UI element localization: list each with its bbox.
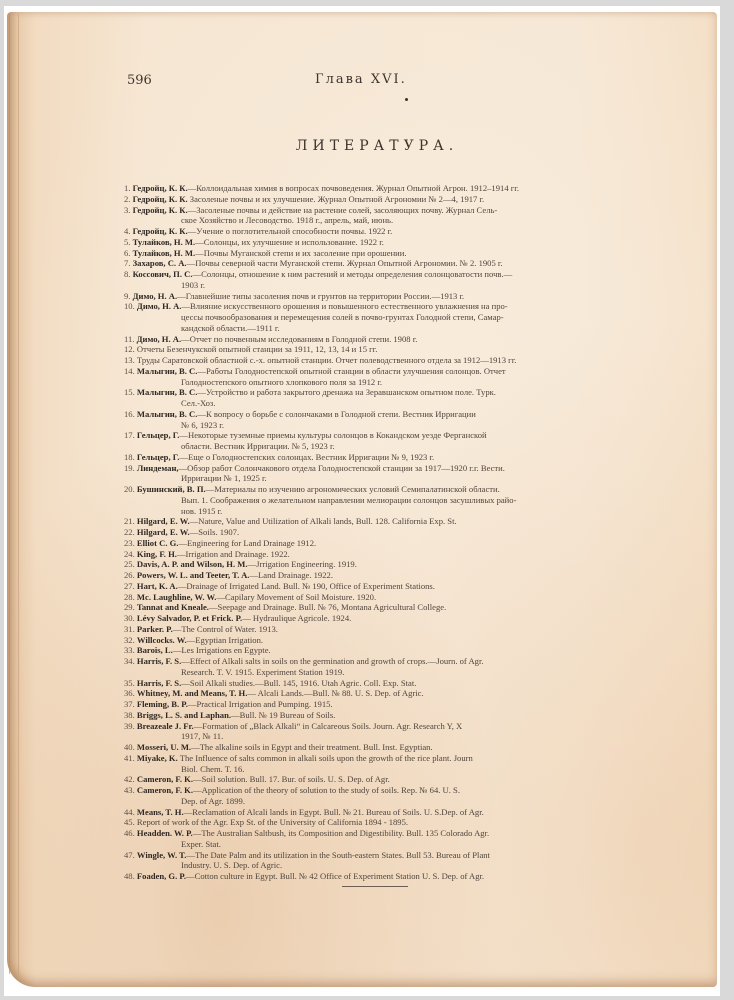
reference-text: — Hydraulique Agricole. 1924. [242,613,351,623]
reference-author: Means, T. H. [137,807,184,817]
reference-number: 33. [124,645,135,655]
reference-number: 18. [124,452,135,462]
reference-number: 48. [124,871,135,881]
reference-item: 47. Wingle, W. T.—The Date Palm and its … [124,850,644,872]
reference-number: 25. [124,559,135,569]
reference-item: 40. Mosseri, U. M.—The alkaline soils in… [124,742,644,753]
reference-author: Захаров, С. А. [133,258,187,268]
reference-number: 11. [124,334,134,344]
reference-list: 1. Гедройц, К. К.—Коллоидальная химия в … [124,183,644,882]
reference-text: —The Control of Water. 1913. [173,624,278,634]
reference-item: 8. Коссович, П. С.—Солонцы, отношение к … [124,269,644,291]
reference-text: —Application of the theory of solution t… [193,785,460,795]
reference-author: Harris, F. S. [137,678,181,688]
reference-text: —Engineering for Land Drainage 1912. [178,538,316,548]
reference-text: —Работы Голодностепской опытной станции … [197,366,505,376]
reference-author: Гедройц, К. К. [133,226,188,236]
reference-author: Гедройц, К. К. [133,205,188,215]
reference-author: Wingle, W. T. [137,850,186,860]
reference-item: 18. Гельцер, Г.—Еще о Голодностепских со… [124,452,644,463]
reference-continuation: ское Хозяйство и Лесоводство. 1918 г., а… [124,215,644,226]
reference-text: —Устройство и работа закрытого дренажа н… [197,387,496,397]
reference-author: Davis, A. P. and Wilson, H. M. [137,559,248,569]
reference-number: 41. [124,753,135,763]
reference-number: 47. [124,850,135,860]
reference-item: 28. Mc. Laughline, W. W.—Capilary Moveme… [124,592,644,603]
reference-text: —Land Drainage. 1922. [249,570,333,580]
reference-item: 10. Димо, Н. А.—Влияние искусственного о… [124,301,644,333]
reference-text: —Главнейшие типы засоления почв и грунто… [177,291,464,301]
reference-author: Гельцер, Г. [137,452,179,462]
reference-author: Малыгин, В. С. [137,366,198,376]
reference-number: 36. [124,688,135,698]
reference-number: 8. [124,269,130,279]
reference-number: 12. [124,344,135,354]
reference-text: —Jrrigation Engineering. 1919. [248,559,357,569]
reference-number: 7. [124,258,130,268]
reference-item: 3. Гедройц, К. К.—Засоленые почвы и дейс… [124,205,644,227]
reference-text: — Alcali Lands.—Bull. № 88. U. S. Dep. o… [247,688,423,698]
reference-text: —Seepage and Drainage. Bull. № 76, Monta… [209,602,446,612]
reference-number: 31. [124,624,135,634]
reference-number: 14. [124,366,135,376]
reference-continuation: № 6, 1923 г. [124,420,644,431]
reference-item: 20. Бушинский, В. П.—Материалы по изучен… [124,484,644,516]
reference-number: 43. [124,785,135,795]
reference-text: Отчеты Безенчукской опытной станции за 1… [137,344,377,354]
reference-number: 4. [124,226,130,236]
reference-text: —Capilary Movement of Soil Moisture. 192… [216,592,376,602]
reference-author: Barois, L. [137,645,173,655]
reference-item: 39. Breazeale J. Fr.—Formation of „Black… [124,721,644,743]
reference-item: 21. Hilgard, E. W.—Nature, Value and Uti… [124,516,644,527]
reference-item: 26. Powers, W. L. and Teeter, T. A.—Land… [124,570,644,581]
reference-author: Гедройц, К. К. [133,183,188,193]
reference-text: Засоленые почвы и их улучшение. Журнал О… [188,194,485,204]
reference-item: 43. Cameron, F. K.—Application of the th… [124,785,644,807]
ink-speck [405,98,408,101]
reference-item: 38. Briggs, L. S. and Laphan.—Bull. № 19… [124,710,644,721]
reference-item: 32. Willcocks. W.—Egyptian Irrigation. [124,635,644,646]
reference-continuation: 1917, № 11. [124,731,644,742]
reference-author: Коссович, П. С. [133,269,193,279]
reference-author: King, F. H. [137,549,177,559]
reference-author: Димо, Н. А. [137,334,182,344]
reference-text: —Влияние искусственного орошения и повыш… [181,301,507,311]
reference-continuation: 1903 г. [124,280,644,291]
reference-text: —The Date Palm and its utilization in th… [186,850,490,860]
reference-text: —Les Irrigations en Egypte. [173,645,271,655]
page-number: 596 [127,73,152,88]
reference-author: Hart, K. A. [137,581,178,591]
section-title: ЛИТЕРАТУРА. [0,138,734,154]
reference-item: 11. Димо, Н. А.—Отчет по почвенным иссле… [124,334,644,345]
reference-item: 6. Тулайков, Н. М.—Почвы Муганской степи… [124,248,644,259]
reference-item: 41. Miyake, K. The Influence of salts co… [124,753,644,775]
reference-item: 22. Hilgard, E. W.—Soils. 1907. [124,527,644,538]
reference-author: Tannat and Kneale. [137,602,209,612]
reference-continuation: области. Вестник Ирригации. № 5, 1923 г. [124,441,644,452]
reference-continuation: Вып. 1. Соображения о желательном направ… [124,495,644,517]
reference-item: 46. Headden. W. P.—The Australian Saltbu… [124,828,644,850]
reference-text: —Soil Alkali studies.—Bull. 145, 1916. U… [181,678,416,688]
reference-number: 32. [124,635,135,645]
reference-item: 34. Harris, F. S.—Effect of Alkali salts… [124,656,644,678]
reference-item: 35. Harris, F. S.—Soil Alkali studies.—B… [124,678,644,689]
reference-item: 25. Davis, A. P. and Wilson, H. M.—Jrrig… [124,559,644,570]
reference-text: —Солонцы, их улучшение и использование. … [195,237,384,247]
reference-text: —Отчет по почвенным исследованиям в Голо… [181,334,417,344]
reference-number: 10. [124,301,135,311]
reference-text: —Soils. 1907. [190,527,239,537]
reference-number: 44. [124,807,135,817]
reference-text: —Еще о Голодностепских солонцах. Вестник… [179,452,434,462]
reference-number: 34. [124,656,135,666]
reference-text: —Effect of Alkali salts in soils on the … [181,656,483,666]
reference-author: Димо, Н. А. [137,301,182,311]
reference-text: —Nature, Value and Utilization of Alkali… [190,516,457,526]
reference-author: Breazeale J. Fr. [137,721,194,731]
reference-number: 20. [124,484,135,494]
reference-text: —Irrigation and Drainage. 1922. [177,549,290,559]
chapter-heading: Глава XVI. [315,72,407,87]
reference-author: Parker. P. [137,624,173,634]
reference-number: 35. [124,678,135,688]
reference-continuation: Dep. of Agr. 1899. [124,796,644,807]
reference-author: Mc. Laughline, W. W. [137,592,217,602]
reference-number: 45. [124,817,135,827]
reference-text: —Учение о поглотительной способности поч… [188,226,393,236]
reference-text: —Солонцы, отношение к ним растений и мет… [193,269,513,279]
reference-number: 16. [124,409,135,419]
reference-text: —Почвы северной части Муганской степи. Ж… [187,258,503,268]
reference-author: Briggs, L. S. and Laphan. [137,710,231,720]
reference-continuation: Research. T. V. 1915. Experiment Station… [124,667,644,678]
reference-number: 2. [124,194,130,204]
reference-number: 27. [124,581,135,591]
reference-item: 33. Barois, L.—Les Irrigations en Egypte… [124,645,644,656]
reference-text: —The Australian Saltbush, its Compositio… [193,828,489,838]
reference-author: Fleming, B. P. [137,699,188,709]
reference-text: Report of work of the Agr. Exp St. of th… [137,817,408,827]
reference-number: 46. [124,828,135,838]
reference-author: Foaden, G. P. [137,871,186,881]
reference-item: 37. Fleming, B. P.—Practical Irrigation … [124,699,644,710]
reference-author: Hilgard, E. W. [137,516,190,526]
reference-continuation: Biol. Chem. T. 16. [124,764,644,775]
reference-author: Mosseri, U. M. [137,742,191,752]
reference-text: Труды Саратовской областной с.-х. опытно… [137,355,517,365]
reference-author: Cameron, F. K. [137,785,193,795]
reference-text: —The alkaline soils in Egypt and their t… [191,742,433,752]
reference-number: 23. [124,538,135,548]
reference-text: The Influence of salts common in alkali … [178,753,473,763]
reference-text: —Материалы по изучению агрономических ус… [206,484,500,494]
reference-author: Димо, Н. А. [133,291,178,301]
reference-author: Whitney, M. and Means, T. H. [137,688,247,698]
reference-number: 13. [124,355,135,365]
reference-number: 40. [124,742,135,752]
reference-continuation: Голодностепского опытного хлопкового пол… [124,377,644,388]
reference-author: Гельцер, Г. [137,430,179,440]
reference-number: 9. [124,291,130,301]
page-content: 596 Глава XVI. ЛИТЕРАТУРА. 1. Гедройц, К… [0,0,734,1000]
reference-author: Линдеман, [137,463,179,473]
reference-author: Lévy Salvador, P. et Frick. P. [137,613,242,623]
reference-number: 28. [124,592,135,602]
reference-item: 23. Elliot C. G.—Engineering for Land Dr… [124,538,644,549]
end-rule-divider [342,886,408,887]
reference-continuation: цессы почвообразования и перемещения сол… [124,312,644,334]
reference-item: 1. Гедройц, К. К.—Коллоидальная химия в … [124,183,644,194]
reference-author: Harris, F. S. [137,656,181,666]
reference-item: 19. Линдеман,—Обзор работ Солончакового … [124,463,644,485]
reference-continuation: Industry. U. S. Dep. of Agric. [124,860,644,871]
reference-item: 44. Means, T. H.—Reclamation of Alcali l… [124,807,644,818]
reference-continuation: Сел.-Хоз. [124,398,644,409]
reference-number: 30. [124,613,135,623]
reference-text: —Bull. № 19 Bureau of Soils. [231,710,335,720]
reference-number: 38. [124,710,135,720]
reference-item: 48. Foaden, G. P.—Cotton culture in Egyp… [124,871,644,882]
reference-text: —Обзор работ Солончакового отдела Голодн… [179,463,505,473]
reference-text: —К вопросу о борьбе с солончаками в Голо… [197,409,475,419]
reference-author: Гедройц, К. К. [133,194,188,204]
reference-number: 6. [124,248,130,258]
reference-item: 27. Hart, K. A.—Drainage of Irrigated La… [124,581,644,592]
reference-author: Powers, W. L. and Teeter, T. A. [137,570,250,580]
reference-author: Cameron, F. K. [137,774,193,784]
reference-item: 36. Whitney, M. and Means, T. H.— Alcali… [124,688,644,699]
reference-author: Тулайков, Н. М. [133,248,196,258]
reference-item: 42. Cameron, F. K.—Soil solution. Bull. … [124,774,644,785]
reference-text: —Practical Irrigation and Pumping. 1915. [188,699,333,709]
reference-item: 24. King, F. H.—Irrigation and Drainage.… [124,549,644,560]
reference-item: 2. Гедройц, К. К. Засоленые почвы и их у… [124,194,644,205]
reference-continuation: Exper. Stat. [124,839,644,850]
reference-text: —Egyptian Irrigation. [187,635,263,645]
reference-number: 26. [124,570,135,580]
reference-item: 45. Report of work of the Agr. Exp St. o… [124,817,644,828]
reference-item: 9. Димо, Н. А.—Главнейшие типы засоления… [124,291,644,302]
reference-text: —Formation of „Black Alkali“ in Calcareo… [194,721,463,731]
reference-number: 22. [124,527,135,537]
reference-item: 31. Parker. P.—The Control of Water. 191… [124,624,644,635]
reference-number: 42. [124,774,135,784]
reference-item: 7. Захаров, С. А.—Почвы северной части М… [124,258,644,269]
reference-item: 16. Малыгин, В. С.—К вопросу о борьбе с … [124,409,644,431]
reference-author: Hilgard, E. W. [137,527,190,537]
reference-author: Тулайков, Н. М. [133,237,196,247]
reference-text: —Почвы Муганской степи и их засоление пр… [195,248,406,258]
reference-author: Willcocks. W. [137,635,187,645]
reference-text: —Soil solution. Bull. 17. Bur. of soils.… [193,774,390,784]
reference-item: 12. Отчеты Безенчукской опытной станции … [124,344,644,355]
reference-number: 3. [124,205,130,215]
reference-text: —Reclamation of Alcali lands in Egypt. B… [184,807,484,817]
reference-number: 1. [124,183,130,193]
reference-item: 30. Lévy Salvador, P. et Frick. P.— Hydr… [124,613,644,624]
reference-number: 15. [124,387,135,397]
reference-author: Малыгин, В. С. [137,409,198,419]
reference-item: 13. Труды Саратовской областной с.-х. оп… [124,355,644,366]
reference-author: Headden. W. P. [137,828,193,838]
reference-item: 29. Tannat and Kneale.—Seepage and Drain… [124,602,644,613]
reference-number: 21. [124,516,135,526]
reference-text: —Cotton culture in Egypt. Bull. № 42 Off… [186,871,484,881]
reference-item: 5. Тулайков, Н. М.—Солонцы, их улучшение… [124,237,644,248]
reference-author: Elliot C. G. [137,538,179,548]
reference-author: Малыгин, В. С. [137,387,198,397]
reference-author: Бушинский, В. П. [137,484,206,494]
reference-number: 17. [124,430,135,440]
reference-continuation: Ирригации № 1, 1925 г. [124,473,644,484]
reference-number: 5. [124,237,130,247]
reference-text: —Некоторые туземные приемы культуры соло… [179,430,486,440]
reference-text: —Засоленые почвы и действие на растение … [188,205,498,215]
reference-item: 17. Гельцер, Г.—Некоторые туземные прием… [124,430,644,452]
reference-number: 39. [124,721,135,731]
reference-number: 29. [124,602,135,612]
reference-item: 15. Малыгин, В. С.—Устройство и работа з… [124,387,644,409]
reference-text: —Drainage of Irrigated Land. Bull. № 190… [178,581,435,591]
reference-text: —Коллоидальная химия в вопросах почвовед… [188,183,519,193]
reference-number: 37. [124,699,135,709]
reference-number: 24. [124,549,135,559]
reference-author: Miyake, K. [137,753,178,763]
reference-number: 19. [124,463,135,473]
reference-item: 14. Малыгин, В. С.—Работы Голодностепско… [124,366,644,388]
reference-item: 4. Гедройц, К. К.—Учение о поглотительно… [124,226,644,237]
